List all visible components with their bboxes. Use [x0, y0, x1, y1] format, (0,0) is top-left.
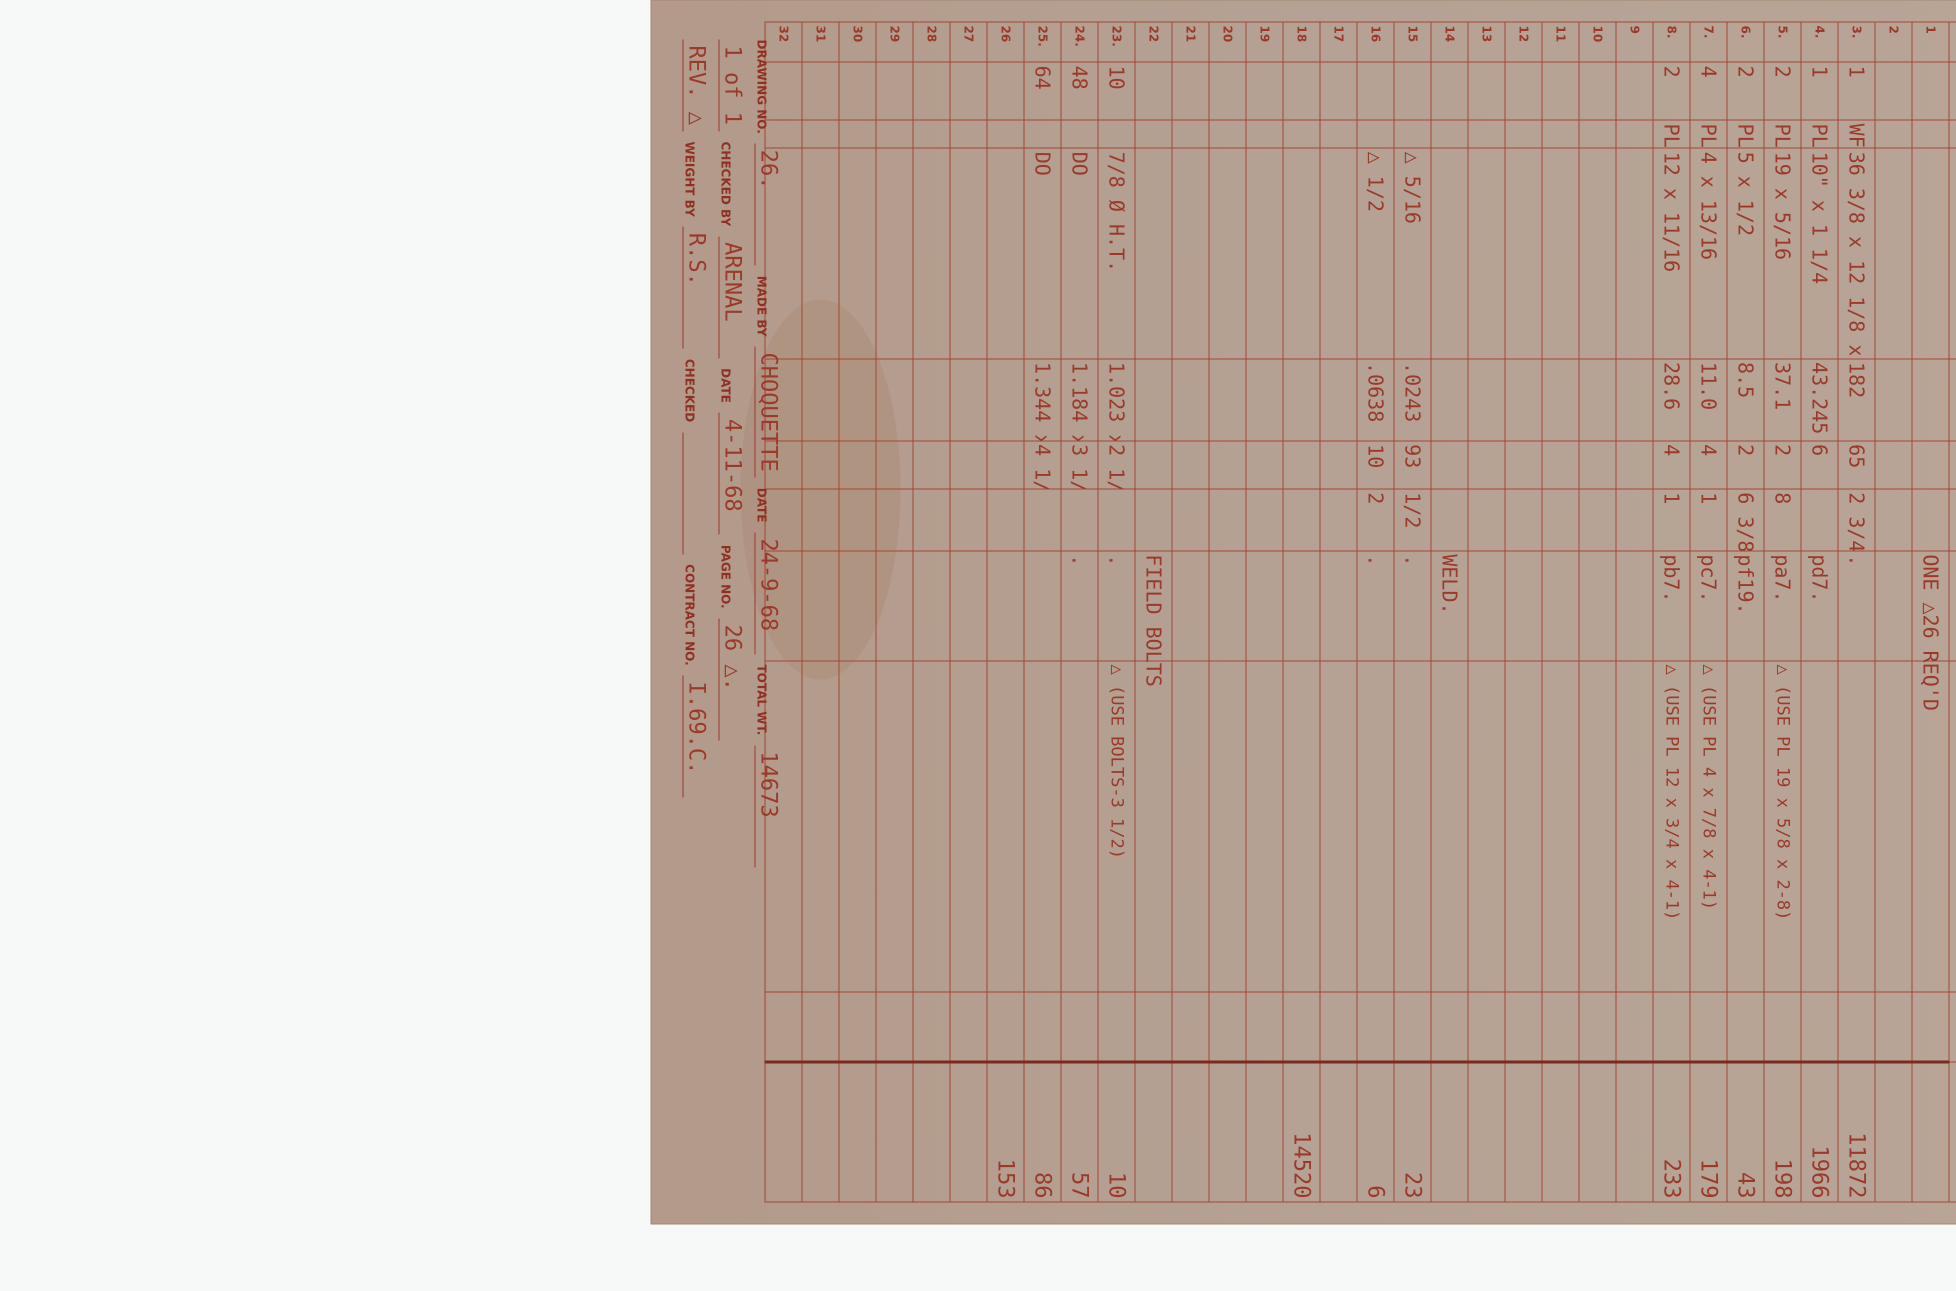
- cell-mark[interactable]: pb7.: [1653, 551, 1690, 661]
- cell-ins[interactable]: [1912, 489, 1949, 551]
- cell-remarks[interactable]: △ (USE PL 4 x 7/8 x 4-1): [1690, 661, 1727, 992]
- cell-ins[interactable]: [1320, 489, 1357, 551]
- cell-slip[interactable]: [1653, 992, 1690, 1062]
- cell-slip[interactable]: [913, 992, 950, 1062]
- cell-remarks[interactable]: [876, 661, 913, 992]
- cell-ft[interactable]: [1246, 441, 1283, 489]
- cell-wt[interactable]: [1912, 359, 1949, 441]
- cell-wt[interactable]: [802, 359, 839, 441]
- cell-ft[interactable]: [1505, 441, 1542, 489]
- cell-shape[interactable]: [1616, 120, 1653, 148]
- cell-slip[interactable]: [1616, 992, 1653, 1062]
- cell-wt[interactable]: [1505, 359, 1542, 441]
- cell-desc[interactable]: [1616, 148, 1653, 358]
- cell-ft[interactable]: [876, 441, 913, 489]
- cell-mark[interactable]: [1024, 551, 1061, 661]
- cell-slip[interactable]: [802, 992, 839, 1062]
- cell-slip[interactable]: [1431, 992, 1468, 1062]
- cell-mark[interactable]: [839, 551, 876, 661]
- cell-no[interactable]: 4.: [1801, 22, 1838, 62]
- cell-desc[interactable]: DO: [1061, 148, 1098, 358]
- cell-wt[interactable]: 1.344 x: [1024, 359, 1061, 441]
- cell-no[interactable]: 19: [1246, 22, 1283, 62]
- cell-slip[interactable]: [1468, 992, 1505, 1062]
- cell-mark[interactable]: [1320, 551, 1357, 661]
- cell-no[interactable]: 15: [1394, 22, 1431, 62]
- cell-shape[interactable]: [1172, 120, 1209, 148]
- contract-no-field[interactable]: I.69.C.: [683, 676, 709, 798]
- cell-desc[interactable]: △ 5/16: [1394, 148, 1431, 358]
- cell-ins[interactable]: [1875, 489, 1912, 551]
- cell-pieces[interactable]: [1431, 62, 1468, 120]
- cell-shape[interactable]: PL: [1690, 120, 1727, 148]
- cell-no[interactable]: 17: [1320, 22, 1357, 62]
- cell-ins[interactable]: 1/2: [1394, 489, 1431, 551]
- cell-mark[interactable]: .: [1357, 551, 1394, 661]
- cell-ins[interactable]: 2: [1357, 489, 1394, 551]
- cell-ins[interactable]: 2 3/4: [1838, 489, 1875, 551]
- cell-shape[interactable]: [1357, 120, 1394, 148]
- cell-wt[interactable]: [987, 359, 1024, 441]
- cell-wt[interactable]: 1.023 x: [1098, 359, 1135, 441]
- cell-mark[interactable]: [1875, 551, 1912, 661]
- cell-ft[interactable]: 65: [1838, 441, 1875, 489]
- cell-weight[interactable]: 179: [1690, 1062, 1727, 1202]
- cell-ins[interactable]: 6 3/8: [1727, 489, 1764, 551]
- cell-no[interactable]: 7.: [1690, 22, 1727, 62]
- cell-pieces[interactable]: [1505, 62, 1542, 120]
- cell-pieces[interactable]: [950, 62, 987, 120]
- cell-remarks[interactable]: [1875, 661, 1912, 992]
- cell-mark[interactable]: [950, 551, 987, 661]
- cell-pieces[interactable]: [913, 62, 950, 120]
- cell-mark[interactable]: [1468, 551, 1505, 661]
- total-wt-field[interactable]: 14673: [755, 745, 781, 867]
- cell-weight[interactable]: 198: [1764, 1062, 1801, 1202]
- cell-ft[interactable]: 4: [1653, 441, 1690, 489]
- cell-slip[interactable]: [1320, 992, 1357, 1062]
- cell-desc[interactable]: 7/8 Ø H.T.: [1098, 148, 1135, 358]
- cell-mark[interactable]: [1172, 551, 1209, 661]
- cell-ins[interactable]: [1172, 489, 1209, 551]
- cell-mark[interactable]: [1579, 551, 1616, 661]
- cell-slip[interactable]: [1801, 992, 1838, 1062]
- cell-slip[interactable]: [1209, 992, 1246, 1062]
- cell-no[interactable]: 2: [1875, 22, 1912, 62]
- cell-shape[interactable]: [1320, 120, 1357, 148]
- cell-shape[interactable]: [1431, 120, 1468, 148]
- cell-pieces[interactable]: [839, 62, 876, 120]
- checked-field[interactable]: [683, 432, 684, 554]
- cell-shape[interactable]: PL: [1764, 120, 1801, 148]
- cell-ft[interactable]: 2: [1727, 441, 1764, 489]
- cell-shape[interactable]: [1468, 120, 1505, 148]
- cell-pieces[interactable]: [1209, 62, 1246, 120]
- cell-mark[interactable]: pf19.: [1727, 551, 1764, 661]
- cell-no[interactable]: 20: [1209, 22, 1246, 62]
- cell-shape[interactable]: [1912, 120, 1949, 148]
- cell-remarks[interactable]: [1135, 661, 1172, 992]
- cell-no[interactable]: 29: [876, 22, 913, 62]
- cell-ft[interactable]: [1431, 441, 1468, 489]
- cell-wt[interactable]: [1875, 359, 1912, 441]
- cell-desc[interactable]: [876, 148, 913, 358]
- cell-wt[interactable]: .0638: [1357, 359, 1394, 441]
- cell-pieces[interactable]: 48: [1061, 62, 1098, 120]
- cell-no[interactable]: 13: [1468, 22, 1505, 62]
- cell-slip[interactable]: [1172, 992, 1209, 1062]
- cell-remarks[interactable]: [1542, 661, 1579, 992]
- cell-slip[interactable]: [987, 992, 1024, 1062]
- cell-remarks[interactable]: [1579, 661, 1616, 992]
- cell-ft[interactable]: [913, 441, 950, 489]
- cell-desc[interactable]: [1172, 148, 1209, 358]
- cell-ft[interactable]: [950, 441, 987, 489]
- cell-weight[interactable]: 10: [1098, 1062, 1135, 1202]
- cell-desc[interactable]: [1320, 148, 1357, 358]
- cell-mark[interactable]: [1505, 551, 1542, 661]
- cell-pieces[interactable]: [1468, 62, 1505, 120]
- cell-remarks[interactable]: [1209, 661, 1246, 992]
- cell-mark[interactable]: pc7.: [1690, 551, 1727, 661]
- cell-ft[interactable]: 4: [1690, 441, 1727, 489]
- cell-wt[interactable]: 182: [1838, 359, 1875, 441]
- cell-shape[interactable]: [1061, 120, 1098, 148]
- cell-ins[interactable]: [1246, 489, 1283, 551]
- cell-pieces[interactable]: [1246, 62, 1283, 120]
- cell-wt[interactable]: .0243: [1394, 359, 1431, 441]
- cell-ft[interactable]: 3 1/4: [1061, 441, 1098, 489]
- cell-mark[interactable]: .: [1838, 551, 1875, 661]
- cell-pieces[interactable]: [1394, 62, 1431, 120]
- cell-pieces[interactable]: 64: [1024, 62, 1061, 120]
- cell-ins[interactable]: 8: [1764, 489, 1801, 551]
- cell-ins[interactable]: [839, 489, 876, 551]
- cell-wt[interactable]: [1616, 359, 1653, 441]
- cell-mark[interactable]: [802, 551, 839, 661]
- cell-no[interactable]: 31: [802, 22, 839, 62]
- cell-weight[interactable]: [1616, 1062, 1653, 1202]
- cell-desc[interactable]: [1283, 148, 1320, 358]
- cell-wt[interactable]: [1135, 359, 1172, 441]
- cell-slip[interactable]: [1764, 992, 1801, 1062]
- cell-slip[interactable]: [1838, 992, 1875, 1062]
- cell-wt[interactable]: [1468, 359, 1505, 441]
- cell-desc[interactable]: 4 x 13/16: [1690, 148, 1727, 358]
- cell-mark[interactable]: [913, 551, 950, 661]
- cell-weight[interactable]: [1468, 1062, 1505, 1202]
- cell-ft[interactable]: [1542, 441, 1579, 489]
- cell-remarks[interactable]: [1172, 661, 1209, 992]
- cell-ins[interactable]: [802, 489, 839, 551]
- cell-ins[interactable]: 1: [1653, 489, 1690, 551]
- cell-shape[interactable]: [1505, 120, 1542, 148]
- cell-ft[interactable]: 6: [1801, 441, 1838, 489]
- cell-shape[interactable]: PL: [1801, 120, 1838, 148]
- cell-shape[interactable]: [1875, 120, 1912, 148]
- cell-remarks[interactable]: △ (USE BOLTS-3 1/2): [1098, 661, 1135, 992]
- cell-mark[interactable]: pd7.: [1801, 551, 1838, 661]
- cell-wt[interactable]: [1246, 359, 1283, 441]
- cell-wt[interactable]: [1283, 359, 1320, 441]
- cell-weight[interactable]: 57: [1061, 1062, 1098, 1202]
- date-field[interactable]: 24-9-68: [755, 532, 781, 654]
- cell-shape[interactable]: [1098, 120, 1135, 148]
- cell-no[interactable]: 10: [1579, 22, 1616, 62]
- cell-mark[interactable]: FIELD BOLTS: [1135, 551, 1172, 661]
- cell-slip[interactable]: [876, 992, 913, 1062]
- cell-ft[interactable]: [1912, 441, 1949, 489]
- cell-no[interactable]: 8.: [1653, 22, 1690, 62]
- cell-ft[interactable]: [1468, 441, 1505, 489]
- cell-ins[interactable]: [1468, 489, 1505, 551]
- cell-weight[interactable]: [1912, 1062, 1949, 1202]
- cell-remarks[interactable]: [1061, 661, 1098, 992]
- cell-mark[interactable]: pa7.: [1764, 551, 1801, 661]
- cell-mark[interactable]: [1283, 551, 1320, 661]
- cell-desc[interactable]: DO: [1024, 148, 1061, 358]
- cell-slip[interactable]: [1875, 992, 1912, 1062]
- cell-no[interactable]: 14: [1431, 22, 1468, 62]
- cell-weight[interactable]: 233: [1653, 1062, 1690, 1202]
- cell-wt[interactable]: 43.245: [1801, 359, 1838, 441]
- cell-no[interactable]: 26: [987, 22, 1024, 62]
- cell-remarks[interactable]: [1912, 661, 1949, 992]
- cell-desc[interactable]: 5 x 1/2: [1727, 148, 1764, 358]
- cell-ft[interactable]: [802, 441, 839, 489]
- cell-mark[interactable]: ONE △26 REQ'D: [1912, 551, 1949, 661]
- cell-pieces[interactable]: [1283, 62, 1320, 120]
- cell-pieces[interactable]: [1172, 62, 1209, 120]
- weight-by-field[interactable]: R.S.: [683, 227, 709, 349]
- cell-slip[interactable]: [1283, 992, 1320, 1062]
- cell-ft[interactable]: [1283, 441, 1320, 489]
- cell-mark[interactable]: .: [1061, 551, 1098, 661]
- cell-weight[interactable]: [839, 1062, 876, 1202]
- cell-weight[interactable]: 14520: [1283, 1062, 1320, 1202]
- cell-desc[interactable]: △ 1/2: [1357, 148, 1394, 358]
- cell-no[interactable]: 11: [1542, 22, 1579, 62]
- cell-mark[interactable]: [876, 551, 913, 661]
- cell-wt[interactable]: [913, 359, 950, 441]
- cell-weight[interactable]: [1542, 1062, 1579, 1202]
- cell-wt[interactable]: [1431, 359, 1468, 441]
- cell-ft[interactable]: 2 1/4: [1098, 441, 1135, 489]
- cell-slip[interactable]: [1727, 992, 1764, 1062]
- cell-wt[interactable]: [1172, 359, 1209, 441]
- drawing-no-field[interactable]: 26.: [755, 144, 781, 266]
- cell-pieces[interactable]: [1912, 62, 1949, 120]
- cell-no[interactable]: 12: [1505, 22, 1542, 62]
- cell-weight[interactable]: [1875, 1062, 1912, 1202]
- cell-remarks[interactable]: [1727, 661, 1764, 992]
- cell-ins[interactable]: [1542, 489, 1579, 551]
- cell-desc[interactable]: [987, 148, 1024, 358]
- cell-remarks[interactable]: [1024, 661, 1061, 992]
- cell-no[interactable]: 6.: [1727, 22, 1764, 62]
- cell-mark[interactable]: WELD.: [1431, 551, 1468, 661]
- cell-remarks[interactable]: [1394, 661, 1431, 992]
- cell-wt[interactable]: 1.184 x: [1061, 359, 1098, 441]
- cell-wt[interactable]: [839, 359, 876, 441]
- cell-weight[interactable]: 86: [1024, 1062, 1061, 1202]
- cell-pieces[interactable]: [1616, 62, 1653, 120]
- cell-remarks[interactable]: [1838, 661, 1875, 992]
- cell-pieces[interactable]: [802, 62, 839, 120]
- cell-desc[interactable]: [1912, 148, 1949, 358]
- cell-desc[interactable]: [1135, 148, 1172, 358]
- cell-slip[interactable]: [1505, 992, 1542, 1062]
- cell-pieces[interactable]: [876, 62, 913, 120]
- cell-remarks[interactable]: [1246, 661, 1283, 992]
- cell-weight[interactable]: 153: [987, 1062, 1024, 1202]
- cell-ft[interactable]: [1135, 441, 1172, 489]
- cell-slip[interactable]: [1024, 992, 1061, 1062]
- cell-pieces[interactable]: 10: [1098, 62, 1135, 120]
- cell-remarks[interactable]: [913, 661, 950, 992]
- cell-ins[interactable]: [1098, 489, 1135, 551]
- cell-slip[interactable]: [1061, 992, 1098, 1062]
- cell-slip[interactable]: [1579, 992, 1616, 1062]
- cell-no[interactable]: 3.: [1838, 22, 1875, 62]
- cell-no[interactable]: 27: [950, 22, 987, 62]
- cell-weight[interactable]: [950, 1062, 987, 1202]
- cell-no[interactable]: 1: [1912, 22, 1949, 62]
- cell-weight[interactable]: [802, 1062, 839, 1202]
- cell-pieces[interactable]: [1875, 62, 1912, 120]
- cell-mark[interactable]: [1209, 551, 1246, 661]
- cell-ins[interactable]: [950, 489, 987, 551]
- cell-weight[interactable]: 43: [1727, 1062, 1764, 1202]
- cell-ins[interactable]: [913, 489, 950, 551]
- cell-shape[interactable]: [1394, 120, 1431, 148]
- cell-mark[interactable]: .: [1098, 551, 1135, 661]
- cell-weight[interactable]: [1431, 1062, 1468, 1202]
- cell-shape[interactable]: [1283, 120, 1320, 148]
- checked-by-field[interactable]: ARENAL: [719, 236, 745, 358]
- cell-desc[interactable]: [913, 148, 950, 358]
- cell-wt[interactable]: 8.5: [1727, 359, 1764, 441]
- made-by-field[interactable]: CHOQUETTE: [755, 347, 781, 478]
- cell-no[interactable]: 5.: [1764, 22, 1801, 62]
- cell-remarks[interactable]: [1320, 661, 1357, 992]
- cell-slip[interactable]: [1357, 992, 1394, 1062]
- cell-desc[interactable]: [1246, 148, 1283, 358]
- cell-no[interactable]: 22: [1135, 22, 1172, 62]
- cell-desc[interactable]: [1431, 148, 1468, 358]
- cell-remarks[interactable]: [839, 661, 876, 992]
- cell-remarks[interactable]: [1505, 661, 1542, 992]
- cell-wt[interactable]: 28.6: [1653, 359, 1690, 441]
- cell-desc[interactable]: [1468, 148, 1505, 358]
- checked-date-field[interactable]: 4-11-68: [719, 413, 745, 535]
- cell-no[interactable]: 23.: [1098, 22, 1135, 62]
- cell-mark[interactable]: [987, 551, 1024, 661]
- cell-ins[interactable]: [876, 489, 913, 551]
- cell-ft[interactable]: [1209, 441, 1246, 489]
- cell-ft[interactable]: [987, 441, 1024, 489]
- cell-wt[interactable]: [950, 359, 987, 441]
- cell-slip[interactable]: [1912, 992, 1949, 1062]
- cell-shape[interactable]: [1542, 120, 1579, 148]
- cell-weight[interactable]: [1579, 1062, 1616, 1202]
- cell-ins[interactable]: [1579, 489, 1616, 551]
- cell-no[interactable]: 30: [839, 22, 876, 62]
- cell-ins[interactable]: [1801, 489, 1838, 551]
- cell-weight[interactable]: 1966: [1801, 1062, 1838, 1202]
- cell-desc[interactable]: [1542, 148, 1579, 358]
- cell-pieces[interactable]: 2: [1764, 62, 1801, 120]
- cell-shape[interactable]: [1209, 120, 1246, 148]
- cell-shape[interactable]: PL: [1727, 120, 1764, 148]
- cell-shape[interactable]: [839, 120, 876, 148]
- cell-shape[interactable]: [987, 120, 1024, 148]
- cell-ft[interactable]: [1579, 441, 1616, 489]
- cell-weight[interactable]: [1209, 1062, 1246, 1202]
- cell-no[interactable]: 9: [1616, 22, 1653, 62]
- cell-wt[interactable]: [1209, 359, 1246, 441]
- cell-ft[interactable]: [1172, 441, 1209, 489]
- cell-desc[interactable]: [1209, 148, 1246, 358]
- cell-shape[interactable]: [1579, 120, 1616, 148]
- cell-remarks[interactable]: [802, 661, 839, 992]
- cell-weight[interactable]: [1505, 1062, 1542, 1202]
- cell-remarks[interactable]: [987, 661, 1024, 992]
- cell-ft[interactable]: [1875, 441, 1912, 489]
- cell-desc[interactable]: [1579, 148, 1616, 358]
- cell-mark[interactable]: [1542, 551, 1579, 661]
- cell-ins[interactable]: 1: [1690, 489, 1727, 551]
- cell-ft[interactable]: 2: [1764, 441, 1801, 489]
- cell-slip[interactable]: [1690, 992, 1727, 1062]
- cell-no[interactable]: 21: [1172, 22, 1209, 62]
- cell-slip[interactable]: [1542, 992, 1579, 1062]
- cell-pieces[interactable]: [1135, 62, 1172, 120]
- cell-wt[interactable]: [1320, 359, 1357, 441]
- cell-pieces[interactable]: 4: [1690, 62, 1727, 120]
- cell-ft[interactable]: 93: [1394, 441, 1431, 489]
- cell-ft[interactable]: [1616, 441, 1653, 489]
- cell-weight[interactable]: [1320, 1062, 1357, 1202]
- cell-remarks[interactable]: [1801, 661, 1838, 992]
- cell-desc[interactable]: [839, 148, 876, 358]
- cell-ins[interactable]: [987, 489, 1024, 551]
- cell-weight[interactable]: 23: [1394, 1062, 1431, 1202]
- cell-ft[interactable]: 10: [1357, 441, 1394, 489]
- cell-wt[interactable]: [1579, 359, 1616, 441]
- cell-weight[interactable]: [876, 1062, 913, 1202]
- cell-slip[interactable]: [1246, 992, 1283, 1062]
- cell-shape[interactable]: [1135, 120, 1172, 148]
- cell-no[interactable]: 16: [1357, 22, 1394, 62]
- cell-weight[interactable]: 11872: [1838, 1062, 1875, 1202]
- cell-shape[interactable]: [1246, 120, 1283, 148]
- cell-weight[interactable]: 6: [1357, 1062, 1394, 1202]
- cell-slip[interactable]: [950, 992, 987, 1062]
- cell-mark[interactable]: [1616, 551, 1653, 661]
- cell-ins[interactable]: [1431, 489, 1468, 551]
- cell-ins[interactable]: [1209, 489, 1246, 551]
- cell-mark[interactable]: .: [1394, 551, 1431, 661]
- cell-pieces[interactable]: [1320, 62, 1357, 120]
- cell-desc[interactable]: [802, 148, 839, 358]
- cell-shape[interactable]: WF: [1838, 120, 1875, 148]
- cell-weight[interactable]: [1172, 1062, 1209, 1202]
- cell-shape[interactable]: [802, 120, 839, 148]
- cell-desc[interactable]: [950, 148, 987, 358]
- cell-desc[interactable]: 36 3/8 x 12 1/8 x 3/4: [1838, 148, 1875, 358]
- cell-weight[interactable]: [1246, 1062, 1283, 1202]
